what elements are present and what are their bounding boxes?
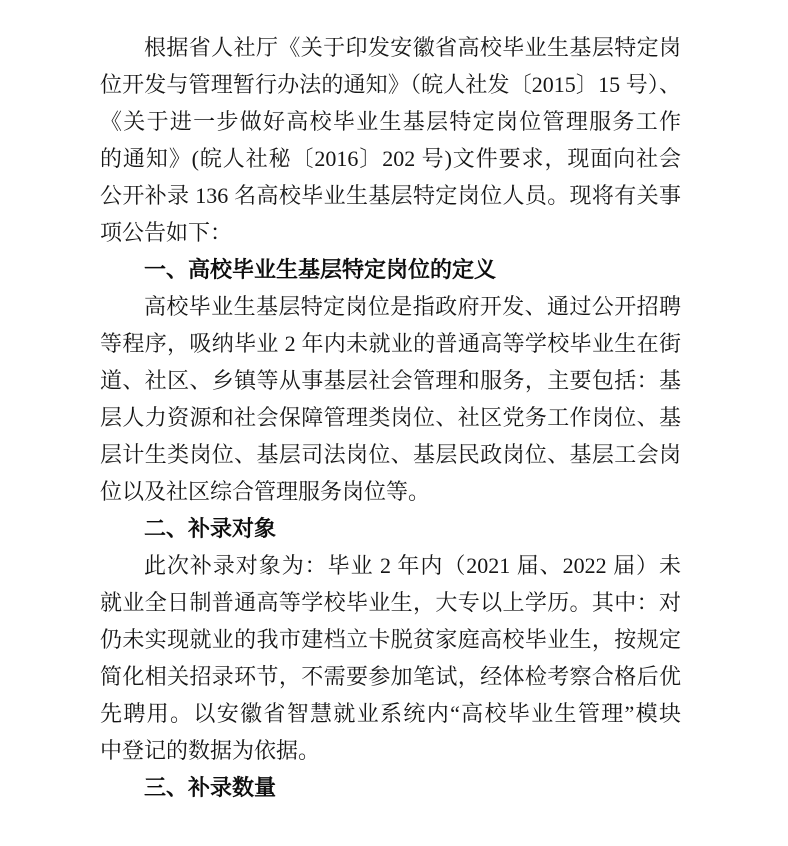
body-line: 项公告如下：	[100, 214, 681, 251]
body-line: 就业全日制普通高等学校毕业生，大专以上学历。其中：对	[100, 584, 681, 621]
body-line: 此次补录对象为：毕业 2 年内（2021 届、2022 届）未	[100, 547, 681, 584]
body-line: 道、社区、乡镇等从事基层社会管理和服务，主要包括：基	[100, 362, 681, 399]
body-line: 位开发与管理暂行办法的通知》（皖人社发〔2015〕15 号）、	[100, 66, 681, 103]
body-line: 《关于进一步做好高校毕业生基层特定岗位管理服务工作	[100, 103, 681, 140]
body-line: 仍未实现就业的我市建档立卡脱贫家庭高校毕业生，按规定	[100, 621, 681, 658]
body-line: 层计生类岗位、基层司法岗位、基层民政岗位、基层工会岗	[100, 436, 681, 473]
body-line: 根据省人社厅《关于印发安徽省高校毕业生基层特定岗	[100, 29, 681, 66]
body-line: 高校毕业生基层特定岗位是指政府开发、通过公开招聘	[100, 288, 681, 325]
body-line: 位以及社区综合管理服务岗位等。	[100, 473, 681, 510]
body-line: 的通知》(皖人社秘〔2016〕202 号)文件要求，现面向社会	[100, 140, 681, 177]
document-page: 根据省人社厅《关于印发安徽省高校毕业生基层特定岗 位开发与管理暂行办法的通知》（…	[0, 0, 788, 846]
body-line: 层人力资源和社会保障管理类岗位、社区党务工作岗位、基	[100, 399, 681, 436]
body-line: 先聘用。以安徽省智慧就业系统内“高校毕业生管理”模块	[100, 695, 681, 732]
document-body: 根据省人社厅《关于印发安徽省高校毕业生基层特定岗 位开发与管理暂行办法的通知》（…	[100, 29, 681, 806]
section-heading-2: 二、补录对象	[100, 510, 681, 547]
body-line: 公开补录 136 名高校毕业生基层特定岗位人员。现将有关事	[100, 177, 681, 214]
body-line: 中登记的数据为依据。	[100, 732, 681, 769]
section-heading-1: 一、高校毕业生基层特定岗位的定义	[100, 251, 681, 288]
body-line: 简化相关招录环节，不需要参加笔试，经体检考察合格后优	[100, 658, 681, 695]
body-line: 等程序，吸纳毕业 2 年内未就业的普通高等学校毕业生在街	[100, 325, 681, 362]
section-heading-3: 三、补录数量	[100, 769, 681, 806]
